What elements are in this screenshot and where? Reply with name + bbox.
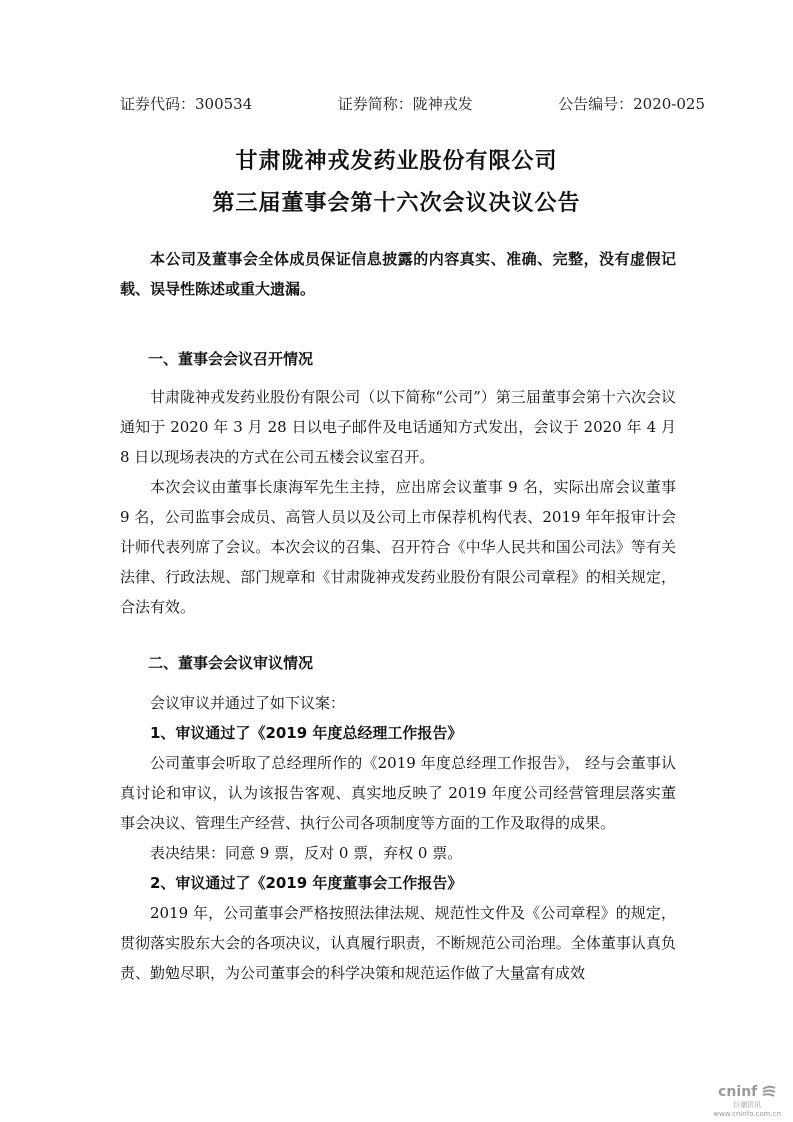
cninfo-watermark: cninf 巨潮资讯 www.cninfo.com.cn	[713, 1084, 781, 1118]
company-title: 甘肃陇神戎发药业股份有限公司	[0, 144, 793, 175]
item-heading: 2、审议通过了《2019 年度董事会工作报告》	[120, 868, 676, 898]
section1-body: 甘肃陇神戎发药业股份有限公司（以下简称“公司”）第三届董事会第十六次会议通知于 …	[120, 382, 676, 622]
notice-number: 公告编号：2020-025	[558, 93, 705, 114]
security-code: 证券代码：300534	[120, 93, 252, 114]
item-heading: 1、审议通过了《2019 年度总经理工作报告》	[120, 718, 676, 748]
cninfo-cn-name: 巨潮资讯	[713, 1100, 781, 1110]
paragraph: 甘肃陇神戎发药业股份有限公司（以下简称“公司”）第三届董事会第十六次会议通知于 …	[120, 382, 676, 472]
document-header: 证券代码：300534 证券简称：陇神戎发 公告编号：2020-025	[120, 93, 705, 114]
declaration: 本公司及董事会全体成员保证信息披露的内容真实、准确、完整，没有虚假记载、误导性陈…	[120, 244, 676, 304]
section1-heading: 一、董事会会议召开情况	[148, 348, 313, 369]
item-body: 公司董事会听取了总经理所作的《2019 年度总经理工作报告》， 经与会董事认真讨…	[120, 748, 676, 838]
logo-text: cninf	[718, 1084, 757, 1100]
vote-result: 表决结果：同意 9 票，反对 0 票，弃权 0 票。	[120, 838, 676, 868]
item-body: 2019 年，公司董事会严格按照法律法规、规范性文件及《公司章程》的规定，贯彻落…	[120, 898, 676, 988]
section2-heading: 二、董事会会议审议情况	[148, 652, 313, 673]
section2-intro: 会议审议并通过了如下议案：	[120, 688, 676, 718]
declaration-text: 本公司及董事会全体成员保证信息披露的内容真实、准确、完整，没有虚假记载、误导性陈…	[120, 244, 676, 304]
cninfo-url: www.cninfo.com.cn	[713, 1110, 781, 1118]
cninfo-swirl-icon	[762, 1085, 776, 1097]
cninfo-logo: cninf	[713, 1084, 781, 1100]
security-short-name: 证券简称：陇神戎发	[338, 93, 473, 114]
section2-body: 会议审议并通过了如下议案： 1、审议通过了《2019 年度总经理工作报告》 公司…	[120, 688, 676, 988]
notice-title: 第三届董事会第十六次会议决议公告	[0, 186, 793, 217]
paragraph: 本次会议由董事长康海军先生主持，应出席会议董事 9 名，实际出席会议董事 9 名…	[120, 472, 676, 622]
